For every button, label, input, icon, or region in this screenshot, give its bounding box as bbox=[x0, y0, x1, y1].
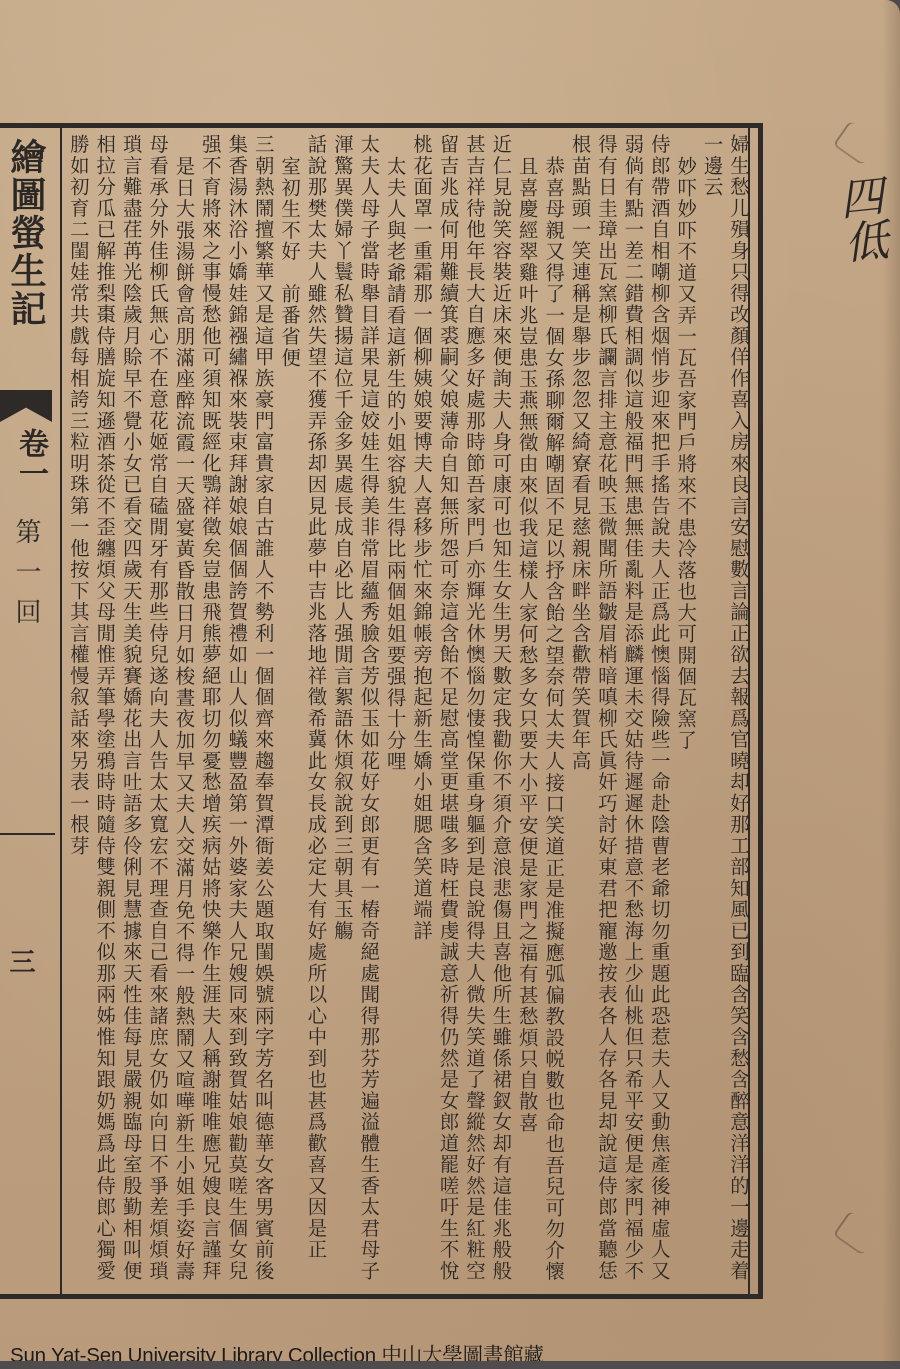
text-column: 室初生不好 前番省便 bbox=[276, 134, 302, 1284]
title-strip: 繪圖螢生記 卷一 第一回 三 bbox=[0, 123, 60, 1299]
text-column: 太夫人與老爺請看這新生的小姐容貌生得比兩個姐姐要强得十分哩 bbox=[381, 134, 407, 1284]
text-column: 渾驚異僕婦丫鬟私贊揚這位千金多異處長成自必比人强閒言絮語休煩叙說到三朝具玉觴 bbox=[329, 134, 355, 1284]
paper-crease-mark bbox=[833, 1210, 880, 1255]
text-column: 得有日圭璋出瓦窯柳氏讕言排主意花映玉微聞所語皺眉梢暗嗔柳氏眞奸巧討好東君把寵邀按… bbox=[593, 134, 619, 1284]
text-column: 三朝熱鬧擅繁華又是這甲族豪門富貴家自古誰人不勢利一個個齊來趨奉賀潭衙姜公題取閨娛… bbox=[249, 134, 275, 1284]
text-column: 侍郎帶酒自相嘲柳含烟悄步迎來把手搖告說夫人正爲此懊惱得險些一命赴陰曹老爺切勿重題… bbox=[645, 134, 671, 1284]
text-column: 且喜慶經翠雞叶兆豈患玉燕無徵由來似我這樣人家何愁多女只要大小平安便是家門之福有甚… bbox=[513, 134, 539, 1284]
text-column: 一邊云 bbox=[698, 134, 724, 1284]
text-column: 甚吉祥待他年長大自應多好處那時節吾家門戶亦輝光休懊惱勿悽惶保重身軀到是良說得夫人… bbox=[461, 134, 487, 1284]
book-title: 繪圖螢生記 bbox=[4, 138, 48, 328]
text-column: 太夫人母子當時舉目詳果見這姣娃生得美非常眉蘊秀臉含芳似玉如花好女郎更有一樁奇絕處… bbox=[355, 134, 381, 1284]
text-column: 婦生愁儿殞身只得改顏佯作喜入房來良言安慰數言論正欲去報爲官曉却好那工部知風已到臨… bbox=[725, 134, 751, 1284]
volume-label: 卷一 bbox=[8, 428, 52, 488]
paper-crease-mark bbox=[833, 120, 880, 165]
scanned-book-page: 繪圖螢生記 卷一 第一回 三 婦生愁儿殞身只得改顏佯作喜入房來良言安慰數言論正欲… bbox=[0, 0, 900, 1369]
text-column: 留吉兆成何用難續箕裘嗣父娘薄命自知無所怨可奈這含飴不足慰高堂更堪嗤多時枉費虔誠意… bbox=[434, 134, 460, 1284]
fishtail-mark-icon bbox=[0, 390, 52, 422]
page-number-mark: 三 bbox=[2, 948, 39, 974]
text-column: 相拉分瓜已解推梨棗侍膳旋知遜酒茶從不歪纏煩父母閒惟弄筆學塗鴉時時隨侍雙親側不似那… bbox=[91, 134, 117, 1284]
text-column: 集香湯沐浴小嬌娃錦襁繡褓來裝束拜謝娘娘個個誇賀禮如山人似蟻豐盈第一外婆家夫人兄嫂… bbox=[223, 134, 249, 1284]
strip-divider bbox=[0, 833, 55, 835]
text-body: 婦生愁儿殞身只得改顏佯作喜入房來良言安慰數言論正欲去報爲官曉却好那工部知風已到臨… bbox=[66, 134, 751, 1284]
text-column: 妙吓妙吓不道又弄一瓦吾家門戶將來不患冷落也大可開個瓦窯了 bbox=[672, 134, 698, 1284]
text-column: 弱倘有點一差二錯費相調似這般福門無患無佳亂料是添麟運未交姑待遲遲休措意不愁海上少… bbox=[619, 134, 645, 1284]
text-column: 母看承分外佳柳氏無心不在意花姬常自磕閒牙有那些侍兒遂向夫人告太太寬宏不理查自己看… bbox=[144, 134, 170, 1284]
page-edge-shadow bbox=[882, 0, 900, 1369]
handwritten-margin-note: 四低 bbox=[832, 173, 887, 265]
frame-left-rule bbox=[60, 128, 62, 1294]
text-column: 近仁見說笑容裝近床來便詢夫人身可康可也知生女生男天數定我勸你不須介意浪悲傷且喜他… bbox=[487, 134, 513, 1284]
chapter-label: 第一回 bbox=[8, 518, 45, 638]
text-column: 恭喜母親又得了一個女孫聊爾解嘲固不足以抒含飴之望奈何太夫人接口笑道正是准擬應弧偏… bbox=[540, 134, 566, 1284]
text-column: 瑣言難盡荏苒光陰歲月賒早不覺小女已看交四歲天生美貌賽嬌花出言吐語多伶俐見慧據來天… bbox=[117, 134, 143, 1284]
text-column: 勝如初育二閨娃常共戲每相誇三粒明珠第一他按下其言權慢叙話來另表一根芽 bbox=[66, 134, 91, 1284]
text-column: 話說那樊太夫人雖然失望不獲弄孫却因見此夢中吉兆落地祥徵希冀此女長成必定大有好處所… bbox=[302, 134, 328, 1284]
scan-bottom-edge bbox=[0, 1361, 900, 1369]
text-column: 是日大張湯餅會高朋滿座醉流霞一天盛宴黃昏散日月如梭晝夜加早又夫人交滿月免不得一般… bbox=[170, 134, 196, 1284]
text-column: 桃花面罩一重霜那一個柳姨娘要博夫人喜移步忙來錦帳旁抱起新生嬌小姐腮含笑道端詳 bbox=[408, 134, 434, 1284]
text-column: 根苗點頭一笑連稱是舉步忽忽又綺寮看見慈親床畔坐含歡帶笑賀年高 bbox=[566, 134, 592, 1284]
text-column: 强不育將來之事慢愁他可須知既經化鶚祥徵矣豈患飛熊夢絕耶切勿憂愁增疾病姑將快樂作生… bbox=[196, 134, 222, 1284]
